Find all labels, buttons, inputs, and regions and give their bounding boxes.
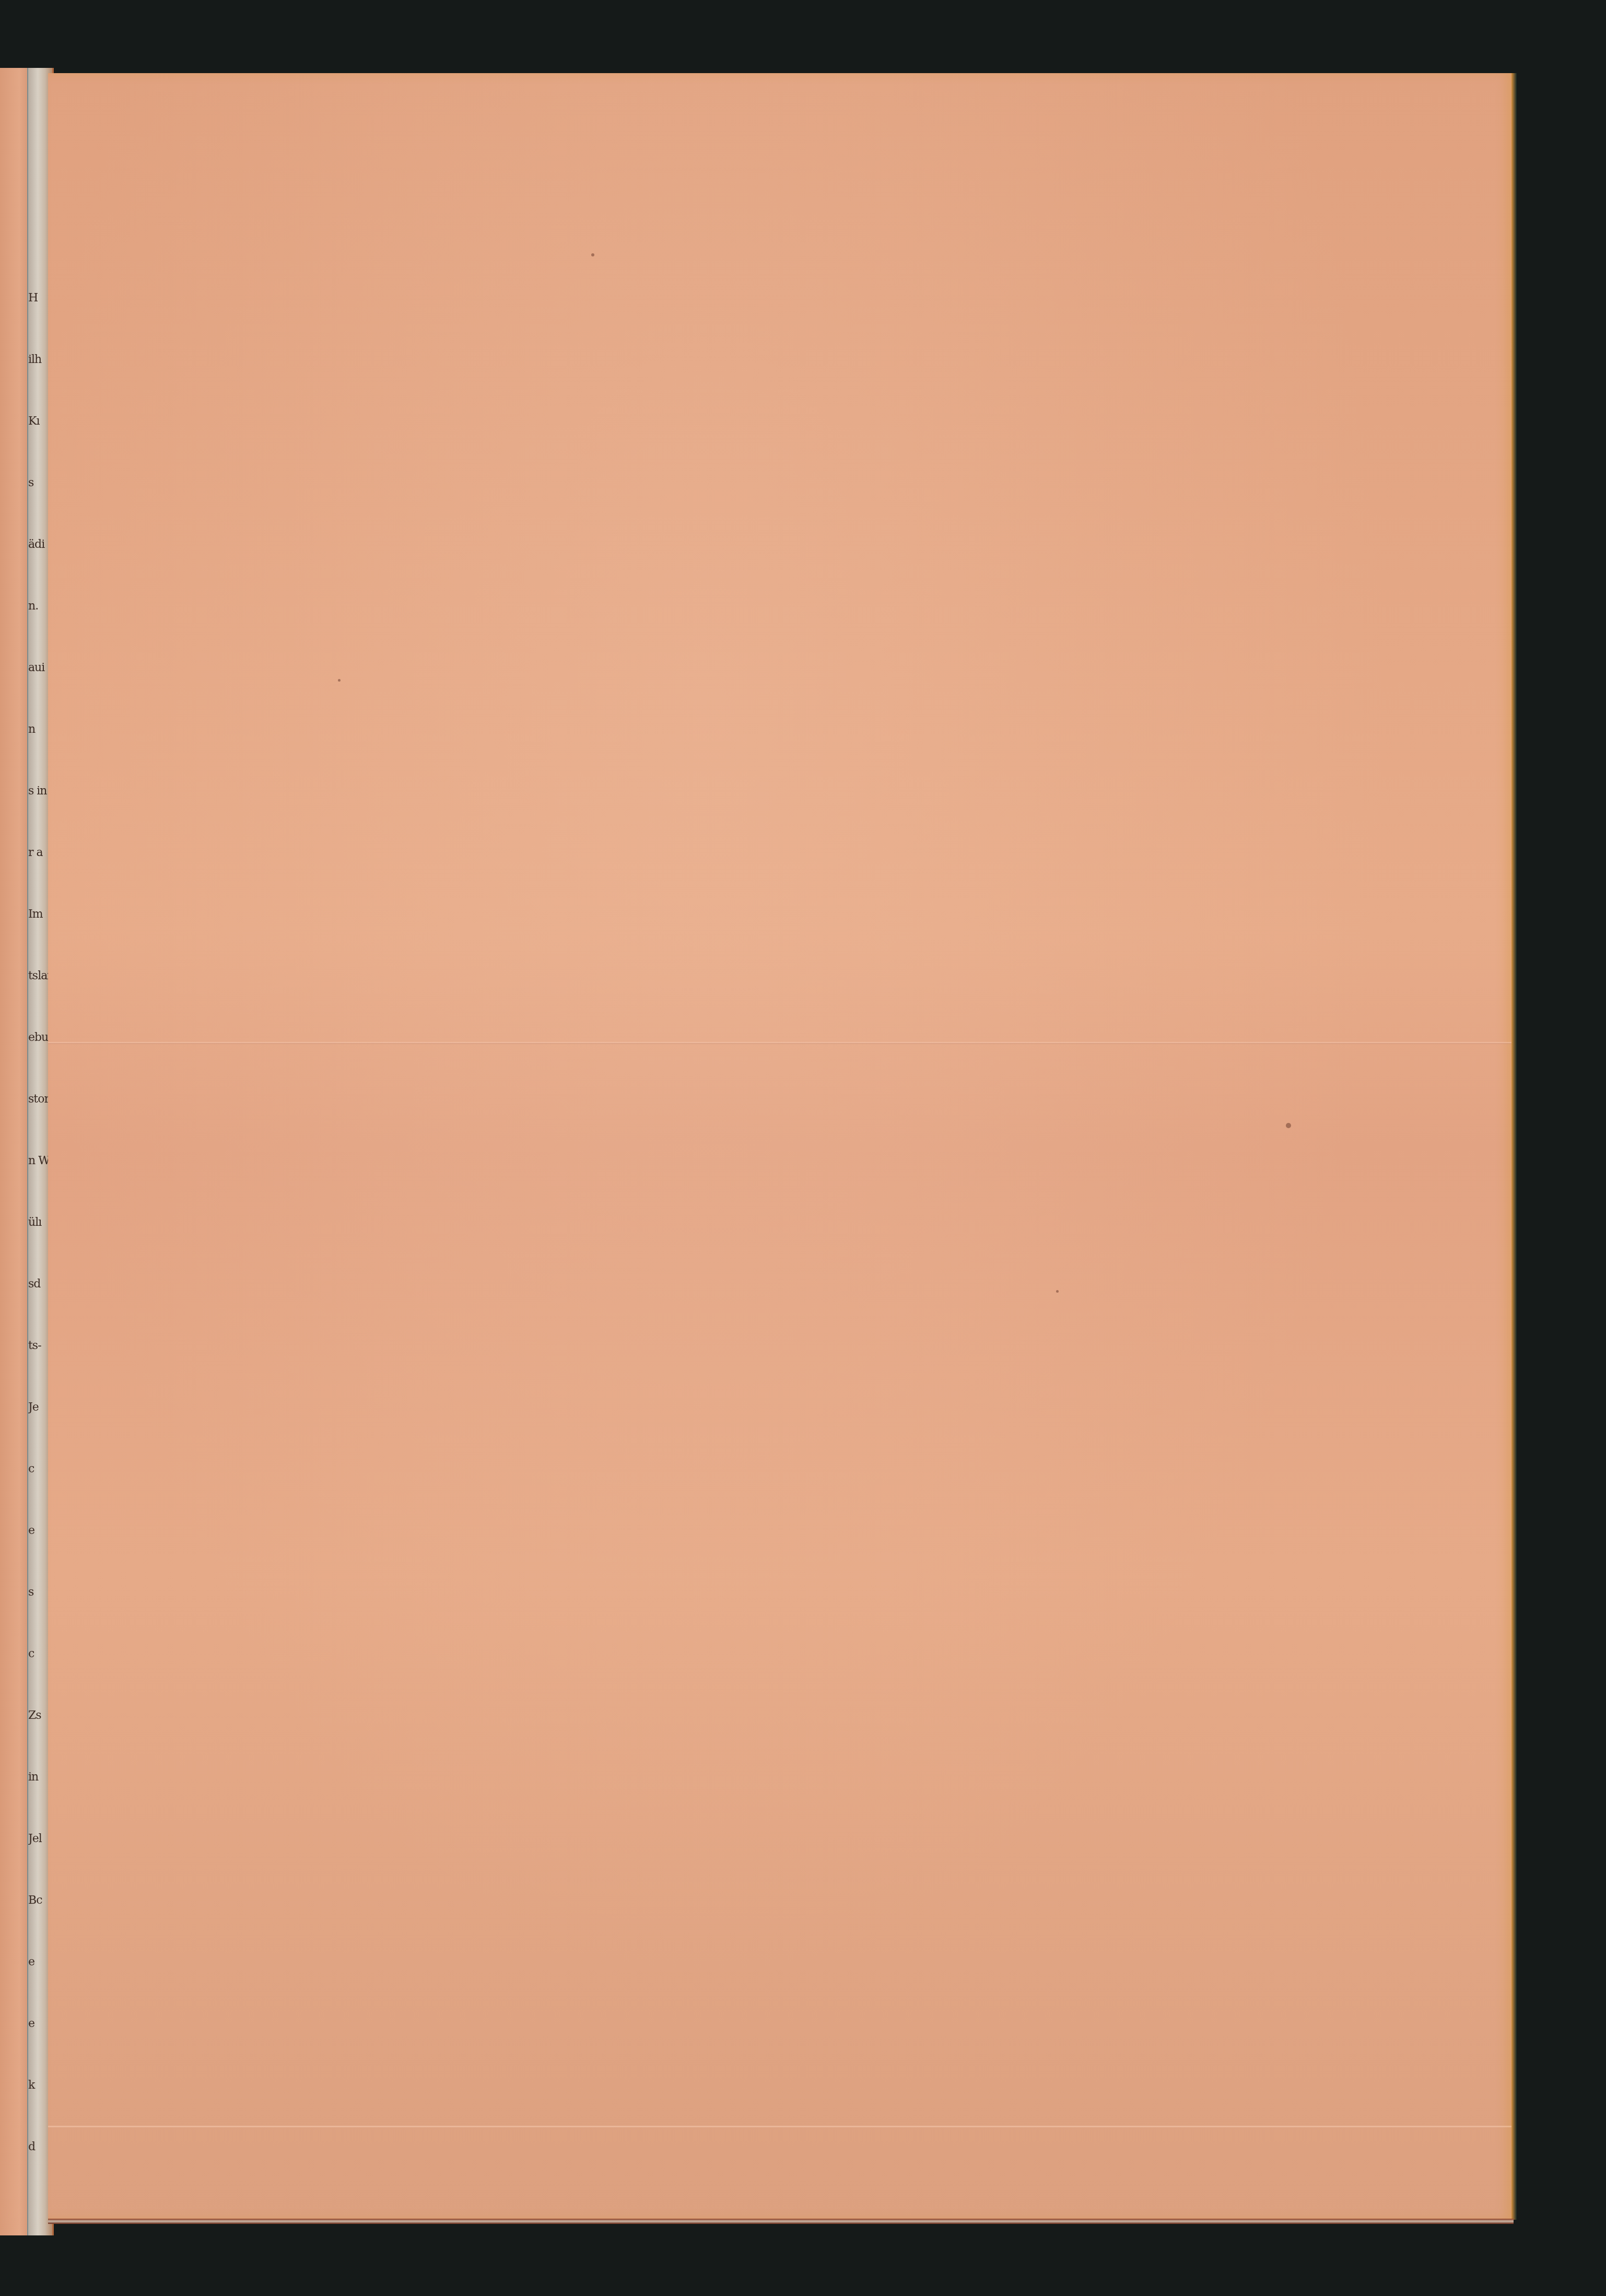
- spine-fragment-text: sd: [28, 1279, 49, 1290]
- spine-fragment-text: s: [28, 477, 49, 489]
- horizontal-fold-line: [48, 1042, 1514, 1044]
- endpaper-page: [48, 73, 1514, 2220]
- spine-fragment-text: e: [28, 2018, 49, 2030]
- spine-fragment-text: ädi: [28, 539, 49, 550]
- spine-fragment-text: k: [28, 2080, 49, 2091]
- spine-fragment-text: tslan: [28, 970, 49, 982]
- spine-fragment-text: n.: [28, 601, 49, 612]
- paper-speck: [1056, 1290, 1059, 1293]
- right-page-edge: [1511, 73, 1517, 2220]
- spine-fragment-text: ülı: [28, 1217, 49, 1228]
- spine-fragment-text: aui: [28, 662, 49, 674]
- spine-fragment-text: r a: [28, 847, 49, 859]
- spine-fragment-text: Je: [28, 1402, 49, 1413]
- spine-fragment-text: H: [28, 292, 49, 304]
- bottom-page-edge: [48, 2219, 1514, 2224]
- spine-fragment-text: Kı: [28, 416, 49, 427]
- spine-fragment-text: s in: [28, 786, 49, 797]
- spine-fragment-text: Zs: [28, 1710, 49, 1721]
- spine-fragment-text: Jel: [28, 1833, 49, 1845]
- spine-fragment-text: Im: [28, 909, 49, 920]
- spine-fragment-text: e: [28, 1525, 49, 1537]
- spine-fragment-text: d: [28, 2141, 49, 2153]
- spine-fragment-text: e: [28, 1957, 49, 1968]
- paper-speck: [338, 679, 341, 682]
- spine-fragment-text: n: [28, 724, 49, 735]
- spine-fragment-text: s: [28, 1587, 49, 1598]
- spine-fragment-text: Bc: [28, 1895, 49, 1906]
- spine-fragment-text: c: [28, 1463, 49, 1475]
- spine-fragment-text: ts-: [28, 1340, 49, 1352]
- spine-fragment-text: c: [28, 1648, 49, 1660]
- paper-speck: [591, 253, 594, 256]
- spine-fragment-text: stor: [28, 1094, 49, 1105]
- spine-fragment-text: in: [28, 1772, 49, 1783]
- paper-speck: [1286, 1123, 1291, 1128]
- spine-fragment-text: n W: [28, 1155, 49, 1167]
- spine-fragment-text: ebu: [28, 1032, 49, 1044]
- lower-fold-line: [48, 2126, 1514, 2127]
- spine-fragment-text: ilh: [28, 354, 49, 366]
